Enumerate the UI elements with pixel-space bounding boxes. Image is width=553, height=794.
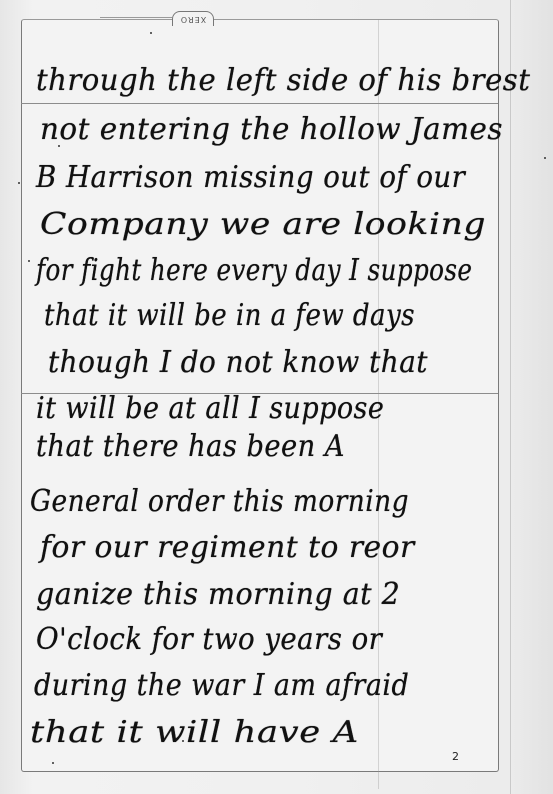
xero-stamp: XERO xyxy=(172,11,214,26)
text-line-13: O'clock for two years or xyxy=(36,622,382,657)
text-line-9: that there has been A xyxy=(36,429,345,464)
text-line-15: that it will have A xyxy=(30,715,359,750)
scan-speck xyxy=(28,260,30,262)
text-line-4: Company we are looking xyxy=(40,207,486,242)
text-line-12: ganize this morning at 2 xyxy=(36,577,400,612)
text-line-10: General order this morning xyxy=(30,484,409,519)
text-line-14: during the war I am afraid xyxy=(34,668,409,703)
scan-speck xyxy=(58,145,60,147)
scan-speck xyxy=(544,157,546,159)
scan-speck xyxy=(150,32,152,34)
text-line-8: it will be at all I suppose xyxy=(36,391,384,426)
text-line-6: that it will be in a few days xyxy=(44,298,415,333)
text-line-11: for our regiment to reor xyxy=(40,530,415,565)
scan-speck xyxy=(52,762,54,764)
fold-crease-top xyxy=(21,103,498,104)
text-line-5: for fight here every day I suppose xyxy=(36,253,472,288)
text-line-3: B Harrison missing out of our xyxy=(36,160,465,195)
stamp-rule xyxy=(100,17,172,18)
page-number: 2 xyxy=(452,750,459,763)
scan-speck xyxy=(182,740,184,742)
scan-speck xyxy=(18,182,20,184)
text-line-7: though I do not know that xyxy=(48,345,428,380)
text-line-2: not entering the hollow James xyxy=(40,112,503,147)
text-line-1: through the left side of his brest xyxy=(36,63,530,98)
sheet-edge xyxy=(510,0,511,794)
